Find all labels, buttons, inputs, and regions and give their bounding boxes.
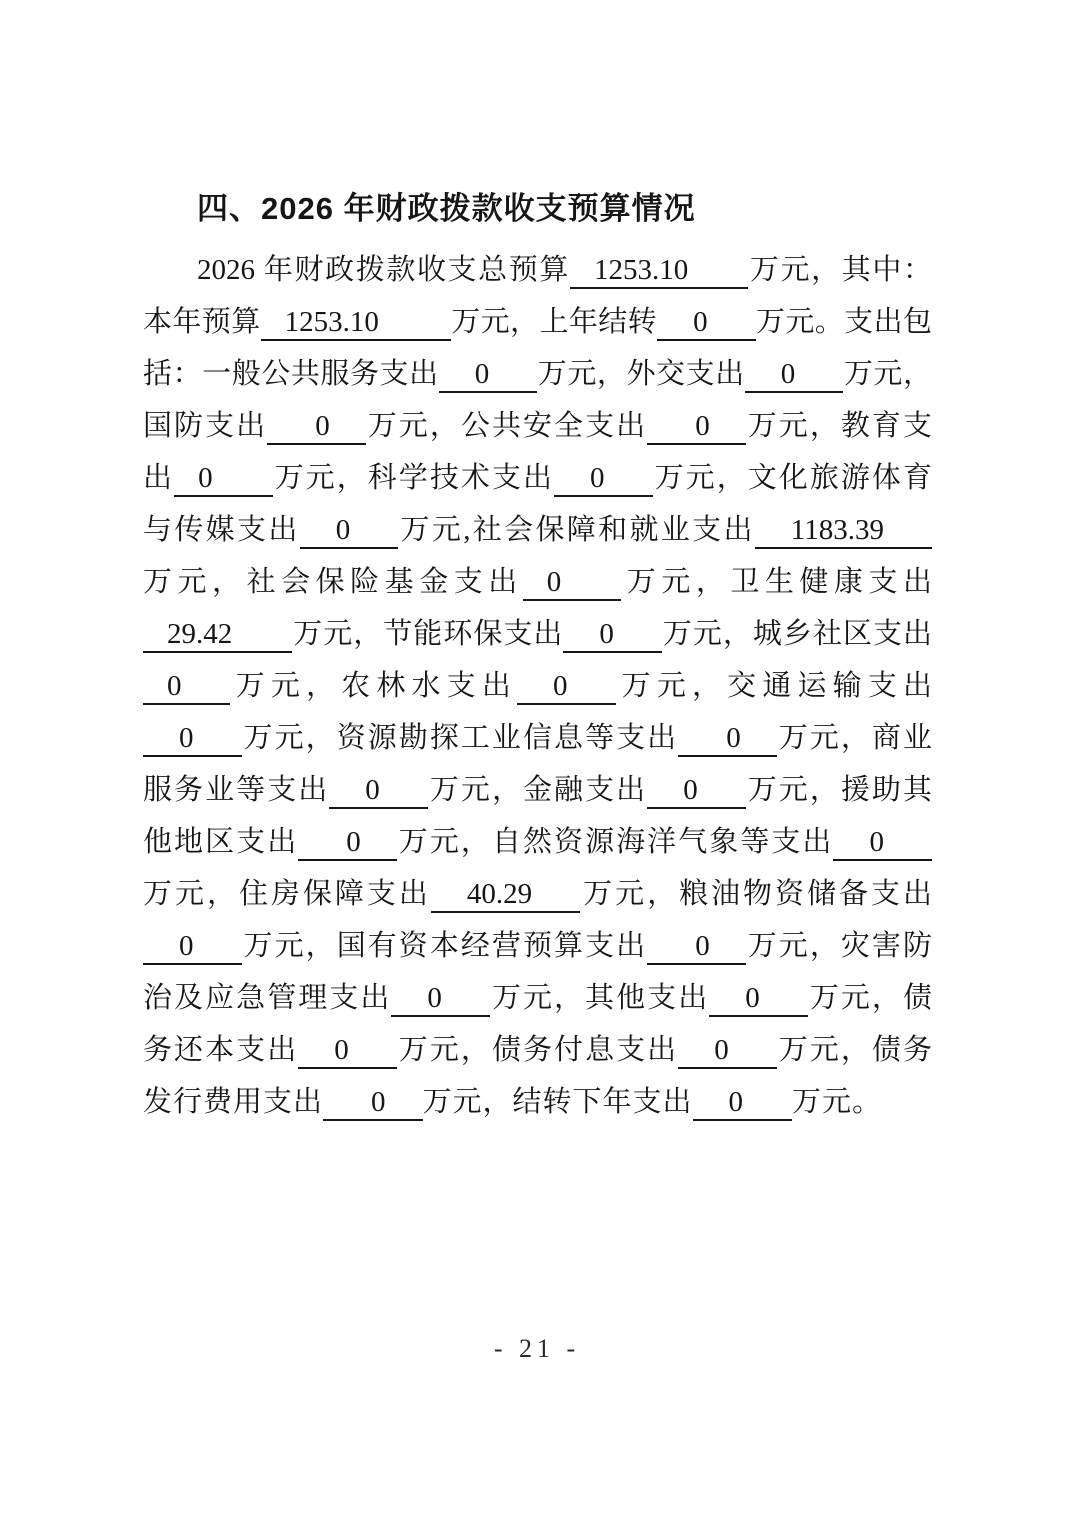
blank-underscore-pad — [213, 486, 273, 487]
blank-value: 1183.39 — [791, 514, 884, 546]
blank-value: 0 — [745, 982, 760, 1014]
blank-value: 0 — [695, 930, 710, 962]
paragraph-line: 括：一般公共服务支出0万元，外交支出0万元， — [143, 348, 932, 400]
blank-value: 0 — [729, 1086, 745, 1118]
blank-underscore-pad — [323, 1110, 371, 1111]
text-run: 万元，文化旅游体育 — [653, 462, 932, 494]
blank-underscore-pad — [657, 330, 693, 331]
text-run: 万元，上年结转 — [451, 306, 657, 338]
blank-value: 0 — [869, 826, 884, 858]
blank-underscore-pad — [380, 798, 428, 799]
text-run: 万元，外交支出 — [537, 358, 745, 390]
blank-underscore-pad — [298, 1058, 334, 1059]
paragraph-line: 治及应急管理支出0万元，其他支出0万元，债 — [143, 972, 932, 1024]
blank-underscore-pad — [568, 694, 616, 695]
text-run: 万元，债务 — [777, 1034, 932, 1066]
text-run: 万元，公共安全支出 — [366, 410, 647, 442]
text-run: 治及应急管理支出 — [143, 982, 391, 1014]
blank-field: 0 — [300, 514, 399, 549]
document-page: 四、2026 年财政拨款收支预算情况 2026 年财政拨款收支总预算1253.1… — [0, 0, 1074, 1520]
blank-value: 0 — [475, 358, 490, 390]
blank-underscore-pad — [261, 330, 285, 331]
text-run: 万元，资源勘探工业信息等支出 — [242, 722, 679, 754]
section-heading: 四、2026 年财政拨款收支预算情况 — [143, 188, 932, 230]
blank-field: 0 — [678, 722, 777, 757]
blank-underscore-pad — [194, 954, 242, 955]
blank-field: 0 — [745, 358, 844, 393]
blank-value: 0 — [726, 722, 741, 754]
text-run: 万元，社会保险基金支出 — [143, 566, 523, 598]
blank-underscore-pad — [744, 1110, 792, 1111]
paragraph-line: 国防支出0万元，公共安全支出0万元，教育支 — [143, 400, 932, 452]
blank-underscore-pad — [710, 954, 746, 955]
blank-field: 0 — [678, 1034, 777, 1069]
blank-field: 0 — [267, 410, 366, 445]
paragraph-line: 0万元，国有资本经营预算支出0万元，灾害防 — [143, 920, 932, 972]
blank-underscore-pad — [194, 746, 242, 747]
blank-value: 0 — [781, 358, 796, 390]
text-run: 万元，债 — [808, 982, 932, 1014]
paragraph-line: 他地区支出0万元，自然资源海洋气象等支出0 — [143, 816, 932, 868]
blank-underscore-pad — [795, 382, 843, 383]
blank-value: 0 — [695, 410, 710, 442]
blank-underscore-pad — [523, 590, 547, 591]
paragraph-line: 服务业等支出0万元，金融支出0万元，援助其 — [143, 764, 932, 816]
blank-field: 40.29 — [431, 878, 580, 913]
blank-value: 0 — [547, 566, 562, 598]
blank-underscore-pad — [143, 746, 179, 747]
blank-value: 0 — [334, 1034, 349, 1066]
text-run: 万元，交通运输支出 — [616, 670, 933, 702]
blank-value: 0 — [427, 982, 442, 1014]
blank-field: 0 — [143, 930, 242, 965]
blank-field: 0 — [693, 1086, 793, 1121]
text-run: 2026 年财政拨款收支总预算 — [197, 254, 570, 286]
blank-value: 0 — [553, 670, 568, 702]
text-run: 服务业等支出 — [143, 774, 329, 806]
blank-underscore-pad — [745, 382, 781, 383]
blank-value: 0 — [599, 618, 614, 650]
text-run: 括：一般公共服务支出 — [143, 358, 439, 390]
blank-underscore-pad — [330, 434, 366, 435]
text-run: 万元，卫生健康支出 — [621, 566, 932, 598]
blank-value: 0 — [198, 462, 213, 494]
text-run: 万元。支出包 — [756, 306, 932, 338]
blank-underscore-pad — [379, 330, 451, 331]
blank-underscore-pad — [439, 382, 475, 383]
blank-field: 0 — [329, 774, 428, 809]
blank-value: 0 — [590, 462, 605, 494]
blank-field: 0 — [391, 982, 490, 1017]
text-run: 万元，节能环保支出 — [292, 618, 563, 650]
blank-underscore-pad — [267, 434, 315, 435]
blank-underscore-pad — [833, 850, 869, 851]
blank-value: 1253.10 — [285, 306, 379, 338]
blank-field: 0 — [143, 670, 230, 705]
blank-underscore-pad — [678, 1058, 714, 1059]
text-run: 出 — [143, 462, 174, 494]
text-run: 与传媒支出 — [143, 514, 300, 546]
blank-underscore-pad — [647, 798, 683, 799]
blank-value: 0 — [714, 1034, 729, 1066]
blank-underscore-pad — [710, 434, 746, 435]
text-run: 万元,社会保障和就业支出 — [398, 514, 755, 546]
blank-underscore-pad — [143, 642, 167, 643]
blank-field: 0 — [657, 306, 756, 341]
blank-value: 40.29 — [467, 878, 532, 910]
blank-underscore-pad — [561, 590, 621, 591]
text-run: 他地区支出 — [143, 826, 298, 858]
blank-underscore-pad — [329, 798, 365, 799]
blank-field: 1253.10 — [570, 254, 748, 289]
text-run: 万元，粮油物资储备支出 — [580, 878, 932, 910]
blank-value: 0 — [346, 826, 361, 858]
blank-underscore-pad — [361, 850, 397, 851]
page-number: - 21 - — [0, 1334, 1074, 1364]
paragraph-line: 务还本支出0万元，债务付息支出0万元，债务 — [143, 1024, 932, 1076]
blank-underscore-pad — [647, 954, 695, 955]
blank-underscore-pad — [741, 746, 777, 747]
blank-underscore-pad — [693, 1110, 729, 1111]
text-run: 万元，教育支 — [746, 410, 932, 442]
blank-underscore-pad — [182, 694, 230, 695]
paragraph-line: 万元，社会保险基金支出0万元，卫生健康支出 — [143, 556, 932, 608]
blank-value: 0 — [365, 774, 380, 806]
blank-underscore-pad — [442, 1006, 490, 1007]
blank-underscore-pad — [143, 954, 179, 955]
blank-field: 1183.39 — [755, 514, 932, 549]
blank-field: 29.42 — [143, 618, 292, 653]
text-run: 万元，债务付息支出 — [397, 1034, 678, 1066]
blank-underscore-pad — [391, 1006, 427, 1007]
blank-value: 0 — [167, 670, 182, 702]
blank-underscore-pad — [708, 330, 756, 331]
blank-underscore-pad — [614, 642, 662, 643]
text-run: 万元，援助其 — [746, 774, 932, 806]
blank-field: 0 — [554, 462, 653, 497]
blank-underscore-pad — [884, 850, 932, 851]
blank-field: 0 — [174, 462, 273, 497]
blank-value: 0 — [336, 514, 351, 546]
blank-field: 0 — [323, 1086, 423, 1121]
blank-field: 0 — [298, 826, 397, 861]
blank-underscore-pad — [698, 798, 746, 799]
blank-value: 0 — [371, 1086, 387, 1118]
blank-field: 0 — [833, 826, 932, 861]
blank-underscore-pad — [489, 382, 537, 383]
blank-field: 0 — [647, 774, 746, 809]
blank-underscore-pad — [729, 1058, 777, 1059]
blank-field: 0 — [298, 1034, 397, 1069]
blank-field: 0 — [647, 410, 746, 445]
text-run: 本年预算 — [143, 306, 261, 338]
paragraph-line: 0万元，农林水支出0万元，交通运输支出 — [143, 660, 932, 712]
blank-value: 0 — [315, 410, 330, 442]
text-run: 万元，农林水支出 — [230, 670, 518, 702]
blank-field: 0 — [517, 670, 616, 705]
text-run: 万元，科学技术支出 — [273, 462, 554, 494]
blank-underscore-pad — [678, 746, 726, 747]
paragraph-line: 万元，住房保障支出40.29万元，粮油物资储备支出 — [143, 868, 932, 920]
blank-field: 0 — [709, 982, 808, 1017]
blank-underscore-pad — [554, 486, 590, 487]
blank-underscore-pad — [688, 278, 748, 279]
blank-value: 1253.10 — [594, 254, 688, 286]
text-run: 万元，城乡社区支出 — [662, 618, 932, 650]
blank-underscore-pad — [570, 278, 594, 279]
blank-underscore-pad — [387, 1110, 423, 1111]
text-run: 万元，商业 — [777, 722, 932, 754]
paragraph-line: 本年预算1253.10万元，上年结转0万元。支出包 — [143, 296, 932, 348]
blank-underscore-pad — [300, 538, 336, 539]
blank-value: 0 — [179, 930, 194, 962]
paragraph-line: 发行费用支出0万元，结转下年支出0万元。 — [143, 1076, 932, 1128]
budget-paragraph: 2026 年财政拨款收支总预算1253.10万元，其中：本年预算1253.10万… — [143, 244, 932, 1128]
text-run: 务还本支出 — [143, 1034, 298, 1066]
text-run: 万元， — [843, 358, 932, 390]
text-run: 发行费用支出 — [143, 1086, 323, 1118]
blank-underscore-pad — [755, 538, 791, 539]
text-run: 万元，结转下年支出 — [423, 1086, 693, 1118]
blank-underscore-pad — [349, 1058, 397, 1059]
paragraph-line: 与传媒支出0万元,社会保障和就业支出1183.39 — [143, 504, 932, 556]
paragraph-line: 29.42万元，节能环保支出0万元，城乡社区支出 — [143, 608, 932, 660]
blank-value: 0 — [683, 774, 698, 806]
blank-underscore-pad — [350, 538, 398, 539]
blank-field: 0 — [563, 618, 662, 653]
blank-underscore-pad — [232, 642, 292, 643]
blank-underscore-pad — [431, 902, 467, 903]
paragraph-line: 0万元，资源勘探工业信息等支出0万元，商业 — [143, 712, 932, 764]
blank-field: 0 — [439, 358, 538, 393]
blank-underscore-pad — [647, 434, 695, 435]
blank-value: 29.42 — [167, 618, 232, 650]
blank-underscore-pad — [174, 486, 198, 487]
blank-underscore-pad — [143, 694, 167, 695]
blank-field: 0 — [523, 566, 622, 601]
blank-underscore-pad — [709, 1006, 745, 1007]
paragraph-line: 出0万元，科学技术支出0万元，文化旅游体育 — [143, 452, 932, 504]
text-run: 万元，灾害防 — [746, 930, 932, 962]
blank-underscore-pad — [563, 642, 599, 643]
blank-underscore-pad — [517, 694, 553, 695]
text-run: 万元，自然资源海洋气象等支出 — [397, 826, 834, 858]
text-run: 万元。 — [792, 1086, 882, 1118]
text-run: 万元，国有资本经营预算支出 — [242, 930, 648, 962]
blank-field: 0 — [647, 930, 746, 965]
text-run: 万元，其他支出 — [490, 982, 709, 1014]
blank-underscore-pad — [884, 538, 932, 539]
text-run: 万元，其中： — [748, 254, 932, 286]
blank-underscore-pad — [298, 850, 346, 851]
text-run: 万元，金融支出 — [428, 774, 647, 806]
blank-underscore-pad — [605, 486, 653, 487]
paragraph-line: 2026 年财政拨款收支总预算1253.10万元，其中： — [143, 244, 932, 296]
text-run: 万元，住房保障支出 — [143, 878, 431, 910]
blank-field: 0 — [143, 722, 242, 757]
blank-underscore-pad — [532, 902, 580, 903]
blank-value: 0 — [693, 306, 708, 338]
blank-underscore-pad — [760, 1006, 808, 1007]
text-run: 国防支出 — [143, 410, 267, 442]
blank-value: 0 — [179, 722, 194, 754]
blank-field: 1253.10 — [261, 306, 451, 341]
